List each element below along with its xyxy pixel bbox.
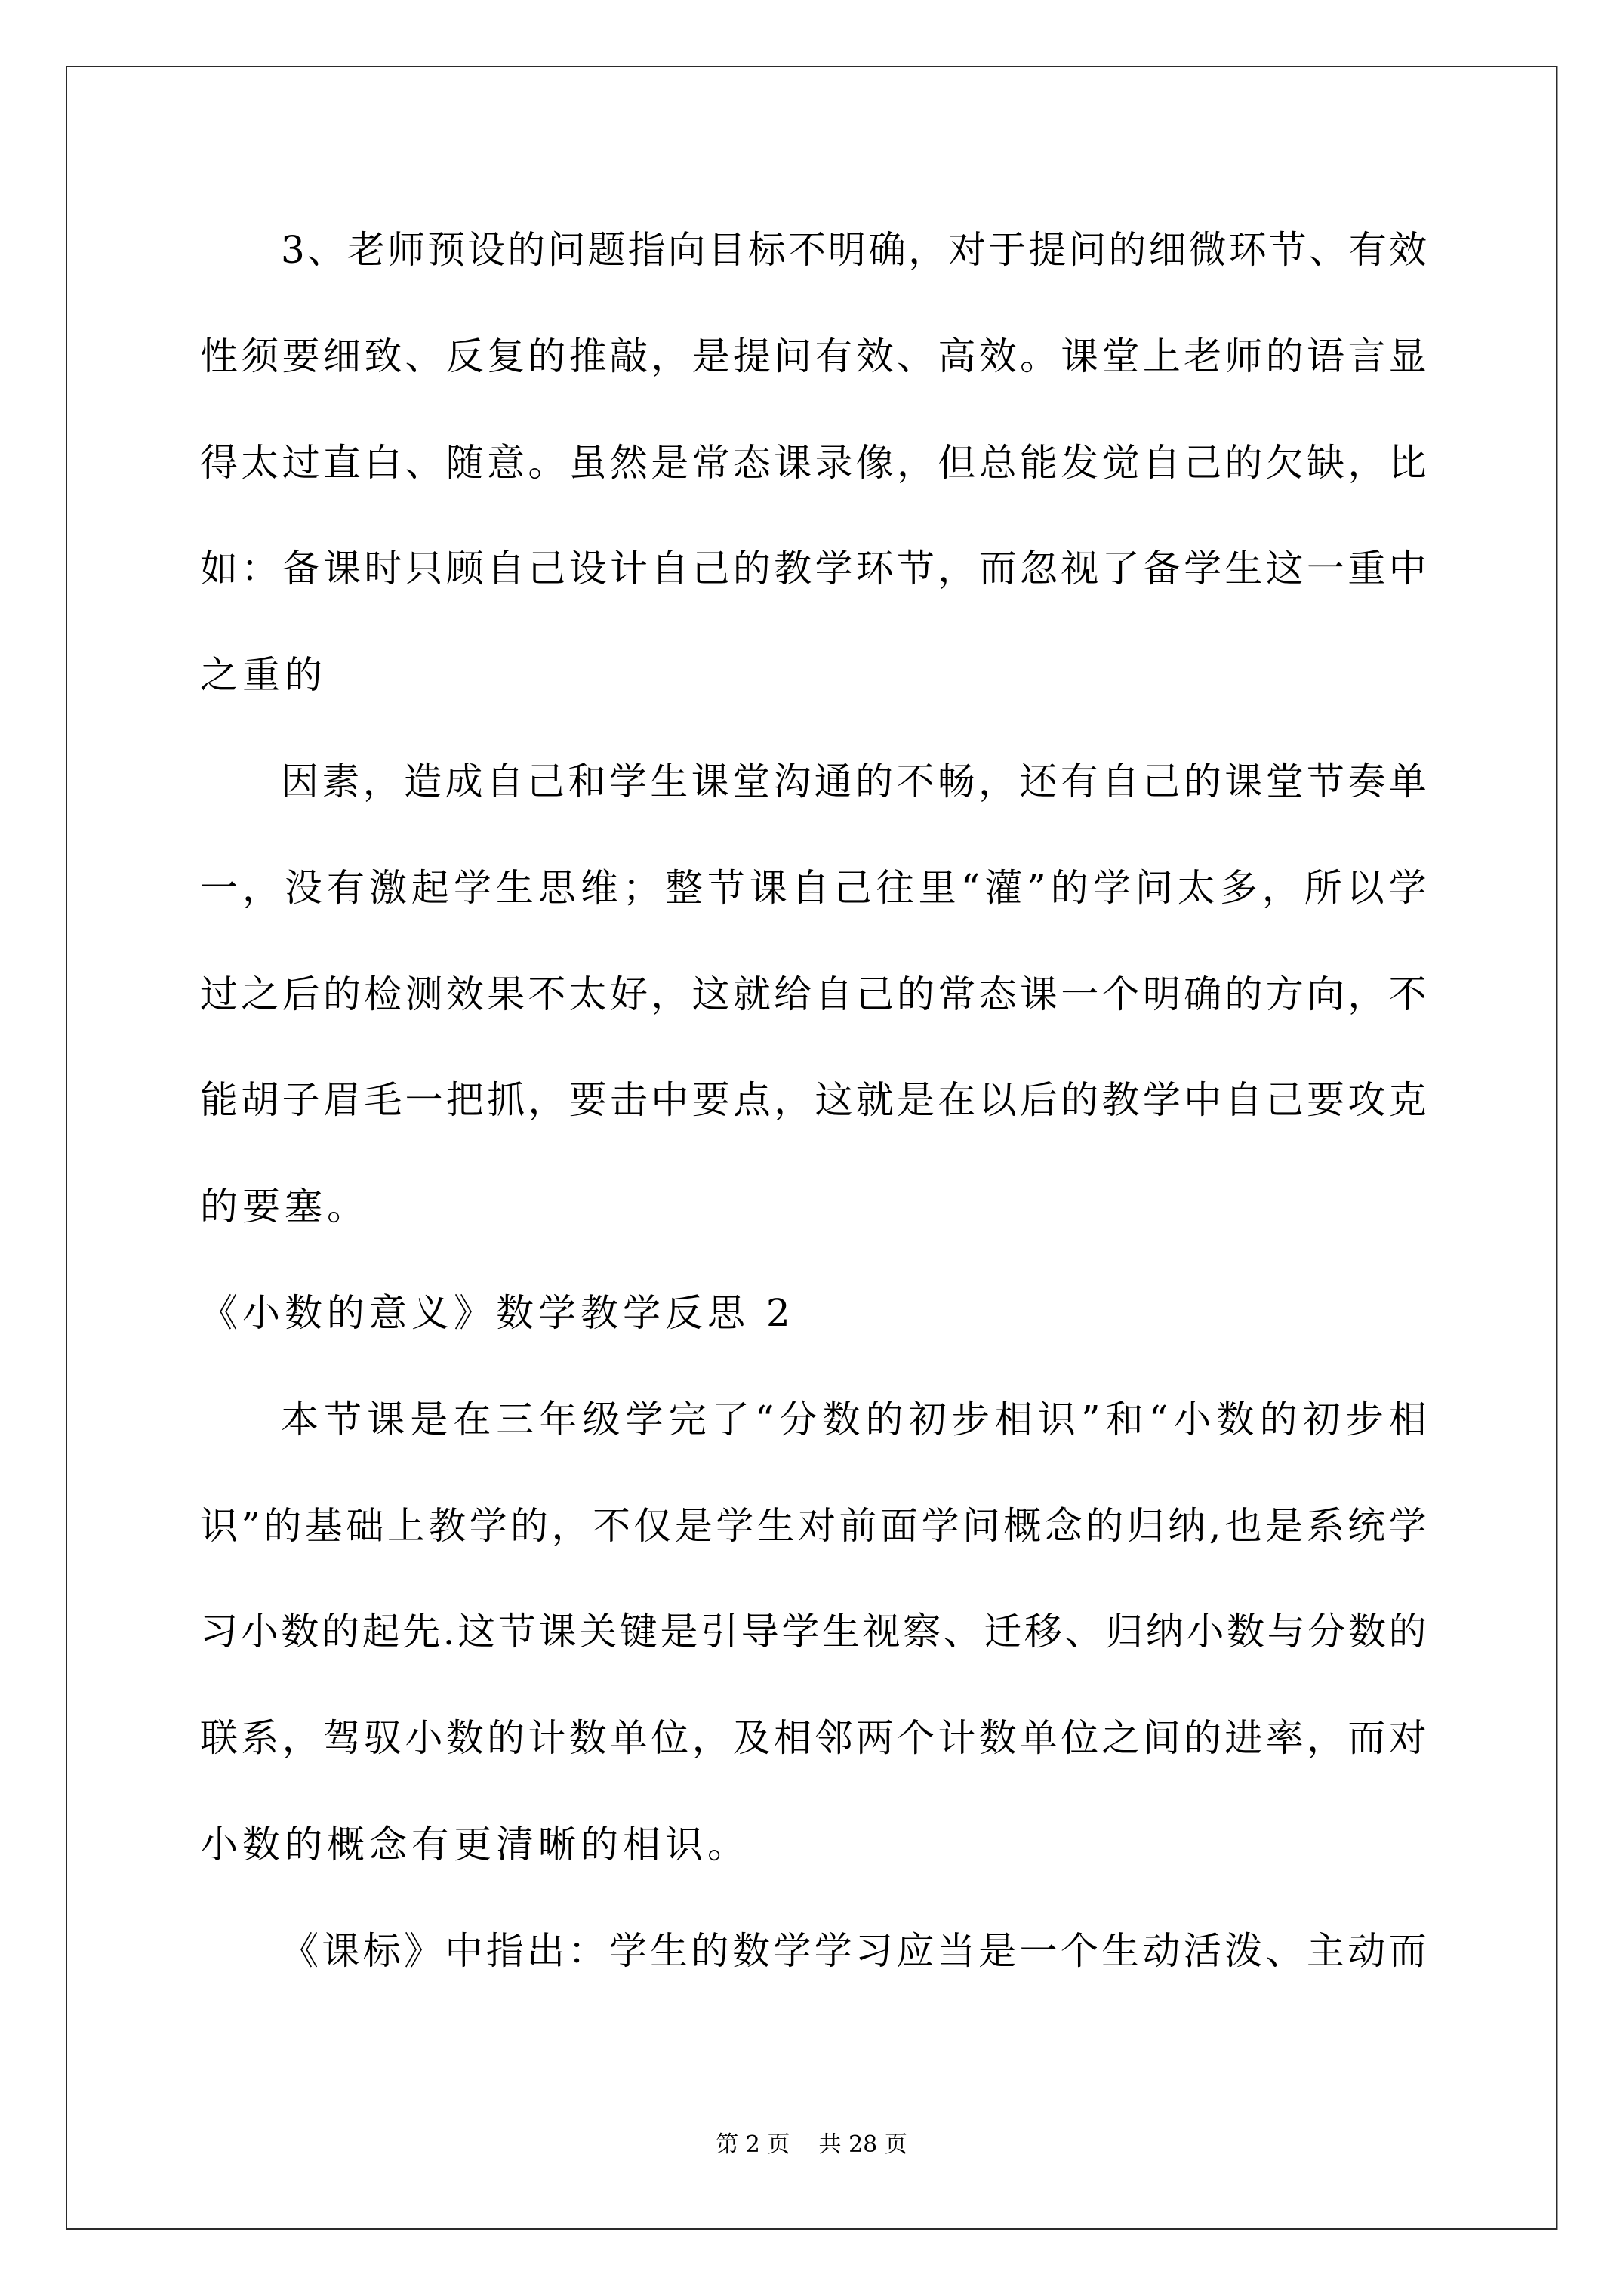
- paragraph-line: 一，没有激起学生思维；整节课自己往里“灌”的学问太多，所以学: [200, 835, 1427, 942]
- paragraph-line: 联系，驾驭小数的计数单位，及相邻两个计数单位之间的进率，而对: [200, 1685, 1427, 1792]
- paragraph-line: 本节课是在三年级学完了“分数的初步相识”和“小数的初步相: [200, 1367, 1427, 1473]
- page-label-suffix: 页: [767, 2131, 790, 2158]
- paragraph-line: 得太过直白、随意。虽然是常态课录像，但总能发觉自己的欠缺，比: [200, 410, 1427, 516]
- paragraph-line: 过之后的检测效果不太好，这就给自己的常态课一个明确的方向，不: [200, 942, 1427, 1048]
- paragraph-line: 性须要细致、反复的推敲，是提问有效、高效。课堂上老师的语言显: [200, 304, 1427, 410]
- page-label-prefix: 第: [716, 2131, 738, 2158]
- paragraph-line: 能胡子眉毛一把抓，要击中要点，这就是在以后的教学中自己要攻克: [200, 1047, 1427, 1154]
- paragraph-line: 小数的概念有更清晰的相识。: [200, 1792, 1427, 1898]
- section-heading: 《小数的意义》数学教学反思 2: [200, 1260, 1427, 1367]
- paragraph-line: 的要塞。: [200, 1154, 1427, 1260]
- paragraph-line: 如：备课时只顾自己设计自己的教学环节，而忽视了备学生这一重中: [200, 516, 1427, 622]
- paragraph-line: 习小数的起先.这节课关键是引导学生视察、迁移、归纳小数与分数的: [200, 1579, 1427, 1685]
- total-page-count: 28: [848, 2131, 877, 2158]
- document-body: 3、老师预设的问题指向目标不明确，对于提问的细微环节、有效 性须要细致、反复的推…: [200, 197, 1427, 2005]
- paragraph-line: 《课标》中指出：学生的数学学习应当是一个生动活泼、主动而: [200, 1898, 1427, 2005]
- total-label-prefix: 共: [819, 2131, 842, 2158]
- paragraph-line: 因素，造成自己和学生课堂沟通的不畅，还有自己的课堂节奏单: [200, 729, 1427, 835]
- total-label-suffix: 页: [885, 2131, 907, 2158]
- paragraph-line: 之重的: [200, 622, 1427, 729]
- paragraph-line: 识”的基础上教学的，不仅是学生对前面学问概念的归纳,也是系统学: [200, 1473, 1427, 1579]
- paragraph-line: 3、老师预设的问题指向目标不明确，对于提问的细微环节、有效: [200, 197, 1427, 304]
- current-page-number: 2: [746, 2131, 760, 2158]
- page-footer: 第 2 页 共 28 页: [0, 2125, 1623, 2159]
